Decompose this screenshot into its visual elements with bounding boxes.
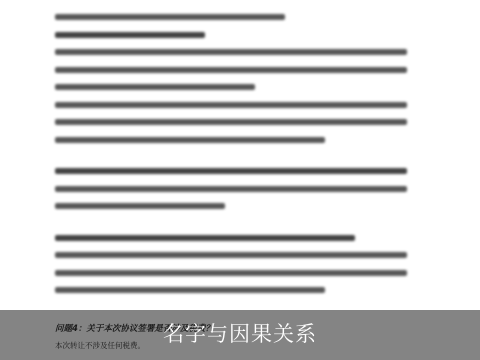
redacted-text	[55, 168, 407, 174]
redacted-text	[55, 67, 407, 73]
blurred-text-line	[55, 270, 407, 279]
blurred-text-line	[55, 119, 407, 128]
blurred-text-line	[55, 49, 407, 58]
blurred-text-line	[55, 137, 407, 146]
paragraph-gap	[55, 221, 407, 235]
redacted-text	[55, 119, 407, 125]
subtitle-caption: 名字与因果关系	[0, 318, 480, 348]
redacted-text	[55, 84, 255, 90]
redacted-text	[55, 14, 285, 20]
blurred-text-line	[55, 14, 407, 23]
blurred-heading	[55, 235, 407, 244]
redacted-text	[55, 270, 407, 276]
redacted-text	[55, 186, 407, 192]
blurred-heading	[55, 168, 407, 177]
blurred-text-line	[55, 84, 407, 93]
document-body	[55, 14, 407, 305]
redacted-text	[55, 137, 325, 143]
blurred-text-line	[55, 203, 407, 212]
paragraph-gap	[55, 154, 407, 168]
redacted-text	[55, 235, 355, 241]
redacted-text	[55, 49, 407, 55]
redacted-text	[55, 32, 205, 38]
blurred-text-line	[55, 102, 407, 111]
redacted-text	[55, 287, 325, 293]
redacted-text	[55, 102, 407, 108]
redacted-text	[55, 252, 407, 258]
blurred-text-line	[55, 186, 407, 195]
blurred-heading	[55, 32, 407, 41]
blurred-text-line	[55, 252, 407, 261]
blurred-text-line	[55, 287, 407, 296]
blurred-text-line	[55, 67, 407, 76]
redacted-text	[55, 203, 225, 209]
